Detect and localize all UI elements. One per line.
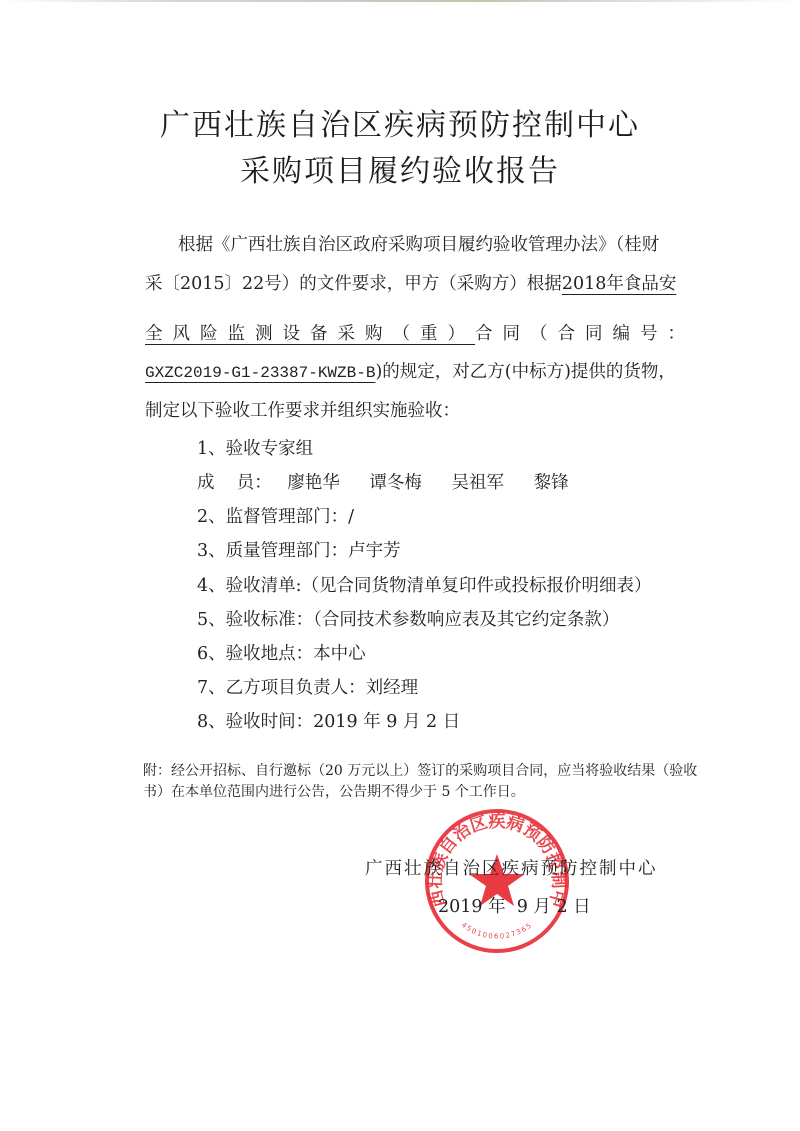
item-checklist: 4、验收清单:（见合同货物清单复印件或投标报价明细表）	[197, 572, 652, 597]
project-name-part1: 2018年食品安	[562, 274, 677, 294]
intro-line4: GXZC2019-G1-23387-KWZB-B)的规定，对乙方(中标方)提供的…	[145, 358, 676, 383]
intro-line5: 制定以下验收工作要求并组织实施验收：	[145, 397, 460, 422]
scan-edge	[0, 0, 800, 2]
project-name-part2: 全风险监测设备采购（重）	[145, 320, 475, 345]
note-line2: 书）在本单位范围内进行公告，公告期不得少于 5 个工作日。	[143, 782, 703, 803]
seal-serial: 4501006027365	[460, 921, 534, 941]
svg-text:4501006027365: 4501006027365	[460, 921, 534, 941]
document-title-line1: 广西壮族自治区疾病预防控制中心	[0, 100, 800, 144]
signature-date: 2019 年 9 月 2 日	[438, 893, 591, 918]
members-label: 成 员：	[197, 473, 272, 493]
contract-number: GXZC2019-G1-23387-KWZB-B	[145, 364, 375, 382]
member-name: 黎锋	[534, 469, 569, 494]
member-name: 谭冬梅	[369, 469, 422, 494]
contract-label: 合同（合同编号：	[475, 320, 695, 345]
item-location: 6、验收地点：本中心	[197, 640, 366, 665]
document-title-line2: 采购项目履约验收报告	[0, 146, 800, 190]
item-expert-group: 1、验收专家组	[197, 435, 313, 460]
item-standard: 5、验收标准：（合同技术参数响应表及其它约定条款）	[197, 606, 619, 631]
member-name: 廖艳华	[287, 469, 340, 494]
note-line1: 附：经公开招标、自行邀标（20 万元以上）签订的采购项目合同，应当将验收结果（验…	[143, 761, 703, 782]
official-seal: 广西壮族自治区疾病预防控制中心 4501006027365	[422, 806, 572, 956]
intro-line1: 根据《广西壮族自治区政府采购项目履约验收管理办法》（桂财	[178, 231, 659, 256]
item-supervision-dept: 2、监督管理部门：/	[197, 503, 354, 528]
intro-line3: 全风险监测设备采购（重）合同（合同编号：	[145, 320, 690, 345]
item-quality-dept: 3、质量管理部门：卢宇芳	[197, 537, 401, 562]
member-name: 吴祖军	[452, 469, 505, 494]
item-date: 8、验收时间：2019 年 9 月 2 日	[197, 708, 460, 733]
item-supplier-contact: 7、乙方项目负责人：刘经理	[197, 674, 418, 699]
signature-organization: 广西壮族自治区疾病预防控制中心	[365, 855, 658, 880]
appendix-note: 附：经公开招标、自行邀标（20 万元以上）签订的采购项目合同，应当将验收结果（验…	[143, 761, 703, 803]
intro-line4-text: )的规定，对乙方(中标方)提供的货物，	[375, 362, 675, 382]
intro-line2: 采〔2015〕22号）的文件要求，甲方（采购方）根据2018年食品安	[145, 270, 676, 295]
item-members: 成 员： 廖艳华 谭冬梅 吴祖军 黎锋	[197, 469, 569, 494]
intro-line2-text: 采〔2015〕22号）的文件要求，甲方（采购方）根据	[145, 274, 562, 294]
